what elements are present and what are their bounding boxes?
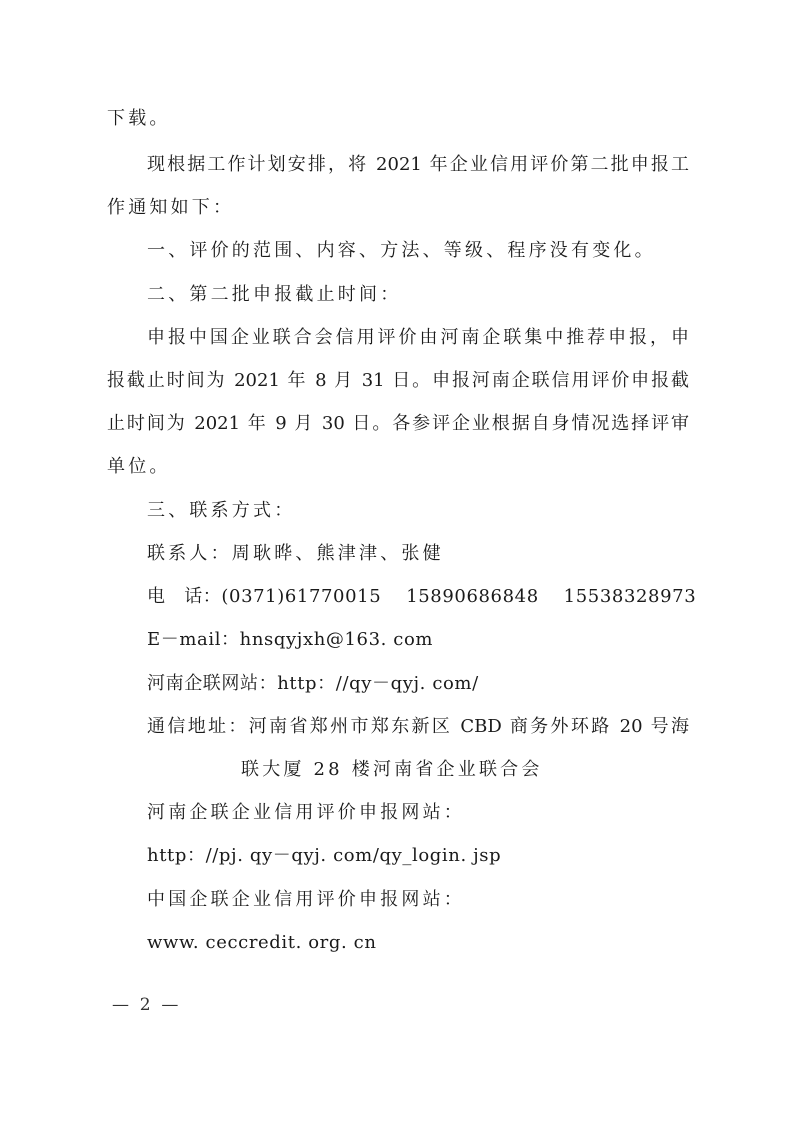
section-two-heading: 二、第二批申报截止时间： [147,283,689,307]
china-credit-site-label: 中国企联企业信用评价申报网站： [147,888,689,912]
contact-people: 联系人：周耿晔、熊津津、张健 [147,542,689,566]
section-one-heading: 一、评价的范围、内容、方法、等级、程序没有变化。 [147,239,689,263]
paragraph-intro-tail: 下载。 [107,107,689,131]
deadline-paragraph-line-4: 单位。 [107,455,689,479]
page-number: — 2 — [112,994,178,1016]
mailing-address-line-2: 联大厦 28 楼河南省企业联合会 [241,758,794,782]
deadline-paragraph-line-3: 止时间为 2021 年 9 月 30 日。各参评企业根据自身情况选择评审 [107,412,689,436]
henan-website-link[interactable]: 河南企联网站：http：//qy－qyj. com/ [147,672,689,696]
henan-credit-site-link[interactable]: http：//pj. qy－qyj. com/qy_login. jsp [147,844,689,868]
henan-credit-site-label: 河南企联企业信用评价申报网站： [147,801,689,825]
document-page: 下载。 现根据工作计划安排，将 2021 年企业信用评价第二批申报工 作通知如下… [0,0,794,1123]
deadline-paragraph-line-2: 报截止时间为 2021 年 8 月 31 日。申报河南企联信用评价申报截 [107,369,689,393]
deadline-paragraph-line-1: 申报中国企业联合会信用评价由河南企联集中推荐申报，申 [147,326,689,350]
paragraph-notice-intro-cont: 作通知如下： [107,196,689,220]
paragraph-notice-intro: 现根据工作计划安排，将 2021 年企业信用评价第二批申报工 [147,153,689,177]
china-credit-site-link[interactable]: www. ceccredit. org. cn [147,931,689,955]
contact-phones: 电 话：(0371)61770015 15890686848 155383289… [147,585,689,609]
mailing-address-line-1: 通信地址：河南省郑州市郑东新区 CBD 商务外环路 20 号海 [147,715,689,739]
contact-email[interactable]: E－mail：hnsqyjxh@163. com [147,628,689,652]
section-three-heading: 三、联系方式： [147,499,689,523]
